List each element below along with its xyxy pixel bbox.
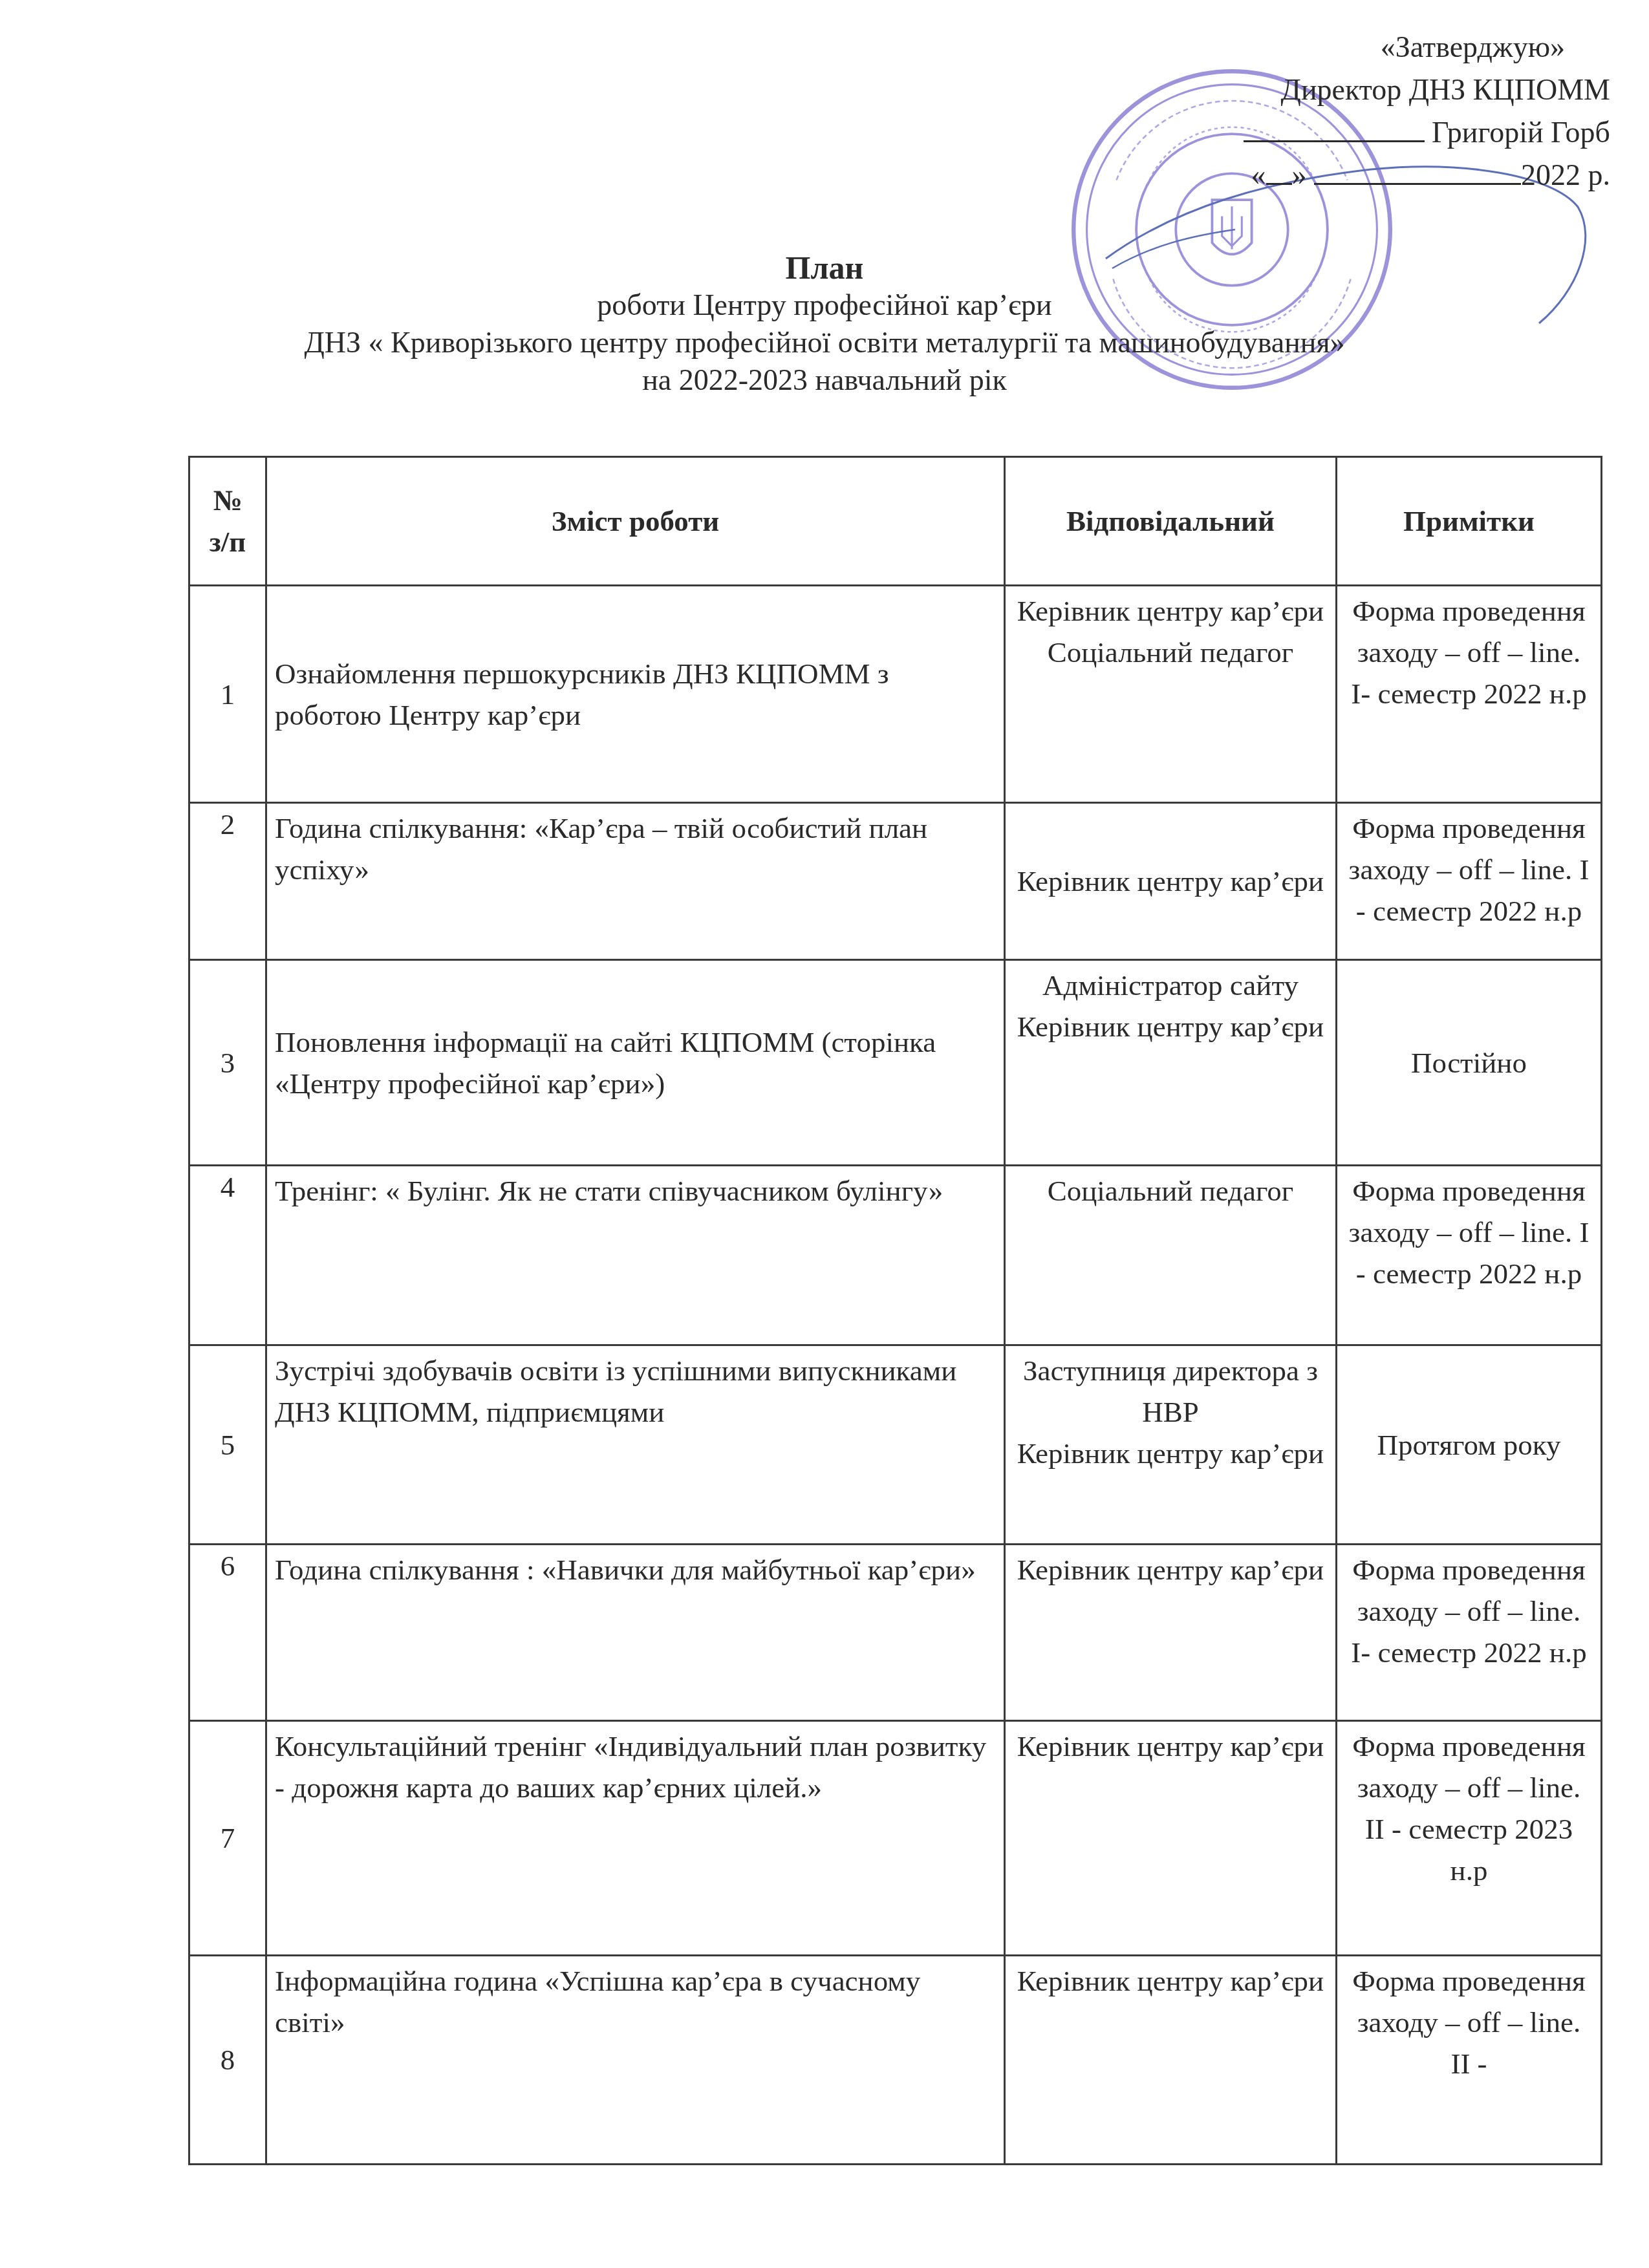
row-notes: Постійно [1337, 960, 1602, 1166]
table-header-row: № з/п Зміст роботи Відповідальний Приміт… [189, 457, 1602, 586]
row-number: 5 [189, 1345, 266, 1545]
row-number: 2 [189, 803, 266, 960]
row-notes: Форма проведення заходу – off – line. І-… [1337, 1545, 1602, 1721]
row-responsible: Керівник центру кар’єри [1005, 1721, 1337, 1956]
row-content: Тренінг: « Булінг. Як не стати співучасн… [266, 1166, 1005, 1345]
row-number: 8 [189, 1956, 266, 2165]
title-line-2: ДНЗ « Криворізького центру професійної о… [0, 324, 1649, 361]
table-row: 5Зустрічі здобувачів освіти із успішними… [189, 1345, 1602, 1545]
row-responsible: Керівник центру кар’єри [1005, 803, 1337, 960]
row-notes: Протягом року [1337, 1345, 1602, 1545]
approval-year: 2022 р. [1521, 158, 1610, 191]
row-number: 1 [189, 586, 266, 803]
row-content: Година спілкування: «Кар’єра – твій особ… [266, 803, 1005, 960]
title-heading: План [0, 249, 1649, 286]
approval-signatory-line: Григорій Горб [1099, 111, 1610, 154]
row-notes: Форма проведення заходу – off – line. І … [1337, 1166, 1602, 1345]
table-row: 8Інформаційна година «Успішна кар’єра в … [189, 1956, 1602, 2165]
row-number: 4 [189, 1166, 266, 1345]
table-row: 7Консультаційний тренінг «Індивідуальний… [189, 1721, 1602, 1956]
header-num: № з/п [189, 457, 266, 586]
row-number: 6 [189, 1545, 266, 1721]
row-content: Поновлення інформації на сайті КЦПОММ (с… [266, 960, 1005, 1166]
signature-blank [1244, 114, 1425, 142]
row-responsible: Заступниця директора з НВР Керівник цент… [1005, 1345, 1337, 1545]
month-blank [1314, 157, 1521, 185]
row-notes: Форма проведення заходу – off – line. І … [1337, 803, 1602, 960]
approval-block: «Затверджую» Директор ДНЗ КЦПОММ Григорі… [1099, 26, 1610, 197]
row-number: 7 [189, 1721, 266, 1956]
approval-date-line: «» 2022 р. [1099, 154, 1610, 197]
row-responsible: Керівник центру кар’єри Соціальний педаг… [1005, 586, 1337, 803]
row-notes: Форма проведення заходу – off – line. І-… [1337, 586, 1602, 803]
approval-heading: «Затверджую» [1099, 26, 1610, 69]
header-content: Зміст роботи [266, 457, 1005, 586]
plan-table: № з/п Зміст роботи Відповідальний Приміт… [188, 456, 1602, 2165]
row-responsible: Соціальний педагог [1005, 1166, 1337, 1345]
row-responsible: Адміністратор сайту Керівник центру кар’… [1005, 960, 1337, 1166]
row-notes: Форма проведення заходу – off – line. ІІ… [1337, 1956, 1602, 2165]
row-content: Година спілкування : «Навички для майбут… [266, 1545, 1005, 1721]
title-line-3: на 2022-2023 навчальний рік [0, 361, 1649, 399]
row-content: Зустрічі здобувачів освіти із успішними … [266, 1345, 1005, 1545]
table-row: 1Ознайомлення першокурсників ДНЗ КЦПОММ … [189, 586, 1602, 803]
row-content: Ознайомлення першокурсників ДНЗ КЦПОММ з… [266, 586, 1005, 803]
approval-signatory: Григорій Горб [1432, 116, 1610, 149]
document-page: «Затверджую» Директор ДНЗ КЦПОММ Григорі… [0, 0, 1649, 2268]
document-title: План роботи Центру професійної кар’єри Д… [0, 249, 1649, 399]
approval-position: Директор ДНЗ КЦПОММ [1099, 69, 1610, 111]
table-row: 6Година спілкування : «Навички для майбу… [189, 1545, 1602, 1721]
row-responsible: Керівник центру кар’єри [1005, 1545, 1337, 1721]
row-content: Інформаційна година «Успішна кар’єра в с… [266, 1956, 1005, 2165]
row-number: 3 [189, 960, 266, 1166]
date-close-quote: » [1292, 158, 1307, 191]
title-line-1: роботи Центру професійної кар’єри [0, 286, 1649, 324]
table-row: 2 Година спілкування: «Кар’єра – твій ос… [189, 803, 1602, 960]
row-notes: Форма проведення заходу – off – line. ІІ… [1337, 1721, 1602, 1956]
row-responsible: Керівник центру кар’єри [1005, 1956, 1337, 2165]
date-open-quote: « [1251, 158, 1266, 191]
table-row: 3Поновлення інформації на сайті КЦПОММ (… [189, 960, 1602, 1166]
header-responsible: Відповідальний [1005, 457, 1337, 586]
row-content: Консультаційний тренінг «Індивідуальний … [266, 1721, 1005, 1956]
header-notes: Примітки [1337, 457, 1602, 586]
day-blank [1266, 157, 1292, 185]
table-row: 4Тренінг: « Булінг. Як не стати співучас… [189, 1166, 1602, 1345]
